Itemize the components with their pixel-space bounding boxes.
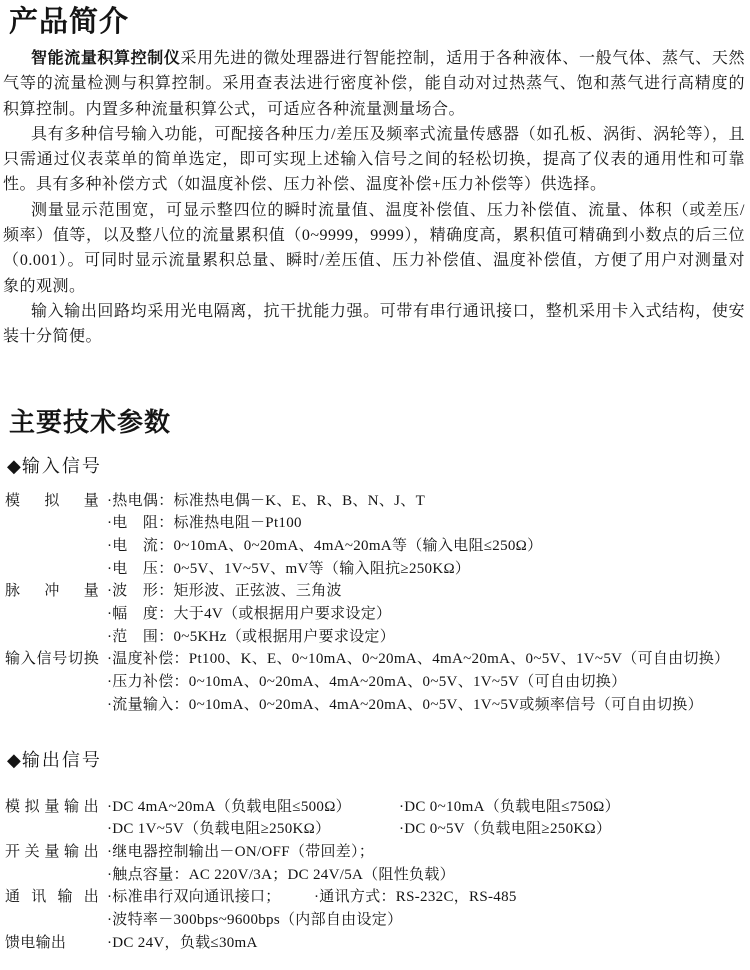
output-signal-subheading: ◆输出信号 <box>7 748 745 772</box>
spec-value-col2: ·通讯方式：RS-232C，RS-485 <box>314 886 517 909</box>
spec-value: ·电 压：0~5V、1V~5V、mV等（输入阻抗≥250KΩ） <box>107 558 470 581</box>
diamond-icon: ◆ <box>7 750 21 770</box>
spec-label-pulse: 脉冲量 <box>5 580 99 603</box>
spec-value: ·波 形：矩形波、正弦波、三角波 <box>107 580 342 603</box>
spec-row-analog-thermocouple: 模拟量 ·热电偶：标准热电偶－K、E、R、B、N、J、T <box>5 490 745 513</box>
product-name-bold: 智能流量积算控制仪 <box>31 50 180 67</box>
spec-label-analog-output: 模拟量输出 <box>5 796 99 819</box>
output-signal-spec-list: 模拟量输出 ·DC 4mA~20mA（负载电阻≤500Ω） ·DC 0~10mA… <box>3 796 745 955</box>
spec-label-power-feed: 馈电输出 <box>5 932 99 955</box>
spec-label-analog: 模拟量 <box>5 490 99 513</box>
spec-row-temp-compensation: 输入信号切换 ·温度补偿：Pt100、K、E、0~10mA、0~20mA、4mA… <box>5 648 745 671</box>
spec-row-voltage: ·电 压：0~5V、1V~5V、mV等（输入阻抗≥250KΩ） <box>5 558 745 581</box>
spec-row-power-feed: 馈电输出 ·DC 24V，负载≤30mA <box>5 932 745 955</box>
spec-row-contact-capacity: ·触点容量：AC 220V/3A；DC 24V/5A（阻性负载） <box>5 864 745 887</box>
spec-value: ·范 围：0~5KHz（或根据用户要求设定） <box>107 626 395 649</box>
spec-row-analog-out-2: ·DC 1V~5V（负载电阻≥250KΩ） ·DC 0~5V（负载电阻≥250K… <box>5 818 745 841</box>
spec-value: ·继电器控制输出－ON/OFF（带回差）； <box>107 841 374 864</box>
spec-row-pulse-waveform: 脉冲量 ·波 形：矩形波、正弦波、三角波 <box>5 580 745 603</box>
spec-row-comm-out: 通讯输出 ·标准串行双向通讯接口； ·通讯方式：RS-232C，RS-485 <box>5 886 745 909</box>
spec-label-signal-switch: 输入信号切换 <box>5 648 99 671</box>
intro-paragraph-4: 输入输出回路均采用光电隔离，抗干扰能力强。可带有串行通讯接口，整机采用卡入式结构… <box>3 299 745 350</box>
spec-value-col2: ·DC 0~10mA（负载电阻≤750Ω） <box>399 796 620 819</box>
spec-value: ·电 流：0~10mA、0~20mA、4mA~20mA等（输入电阻≤250Ω） <box>107 535 542 558</box>
spec-value-col1: ·DC 4mA~20mA（负载电阻≤500Ω） <box>107 796 399 819</box>
spec-value-col1: ·标准串行双向通讯接口； <box>107 886 314 909</box>
spec-value: ·触点容量：AC 220V/3A；DC 24V/5A（阻性负载） <box>107 864 455 887</box>
spec-row-range: ·范 围：0~5KHz（或根据用户要求设定） <box>5 626 745 649</box>
spec-value: ·压力补偿：0~10mA、0~20mA、4mA~20mA、0~5V、1V~5V（… <box>107 671 626 694</box>
output-signal-subheading-label: 输出信号 <box>22 750 102 770</box>
intro-paragraph-2: 具有多种信号输入功能，可配接各种压力/差压及频率式流量传感器（如孔板、涡街、涡轮… <box>3 122 745 198</box>
spec-value-col1: ·DC 1V~5V（负载电阻≥250KΩ） <box>107 818 399 841</box>
spec-value-col2: ·DC 0~5V（负载电阻≥250KΩ） <box>399 818 611 841</box>
spec-value: ·温度补偿：Pt100、K、E、0~10mA、0~20mA、4mA~20mA、0… <box>107 648 729 671</box>
spec-value: ·波特率－300bps~9600bps（内部自由设定） <box>107 909 402 932</box>
spec-row-relay-out: 开关量输出 ·继电器控制输出－ON/OFF（带回差）； <box>5 841 745 864</box>
spec-row-flow-input: ·流量输入：0~10mA、0~20mA、4mA~20mA、0~5V、1V~5V或… <box>5 694 745 717</box>
spec-value: ·DC 24V，负载≤30mA <box>107 932 258 955</box>
spec-label-switch-output: 开关量输出 <box>5 841 99 864</box>
spec-value: ·流量输入：0~10mA、0~20mA、4mA~20mA、0~5V、1V~5V或… <box>107 694 703 717</box>
spec-value: ·电 阻：标准热电阻－Pt100 <box>107 512 302 535</box>
intro-section-title: 产品简介 <box>9 6 745 38</box>
spec-label-comm-output: 通讯输出 <box>5 886 99 909</box>
intro-paragraph-1: 智能流量积算控制仪采用先进的微处理器进行智能控制，适用于各种液体、一般气体、蒸气… <box>3 46 745 122</box>
spec-row-current: ·电 流：0~10mA、0~20mA、4mA~20mA等（输入电阻≤250Ω） <box>5 535 745 558</box>
spec-row-resistance: ·电 阻：标准热电阻－Pt100 <box>5 512 745 535</box>
params-section-title: 主要技术参数 <box>9 407 745 437</box>
spec-row-analog-out-1: 模拟量输出 ·DC 4mA~20mA（负载电阻≤500Ω） ·DC 0~10mA… <box>5 796 745 819</box>
spec-row-pressure-compensation: ·压力补偿：0~10mA、0~20mA、4mA~20mA、0~5V、1V~5V（… <box>5 671 745 694</box>
spec-row-baud-rate: ·波特率－300bps~9600bps（内部自由设定） <box>5 909 745 932</box>
spec-value: ·热电偶：标准热电偶－K、E、R、B、N、J、T <box>107 490 425 513</box>
spec-row-amplitude: ·幅 度：大于4V（或根据用户要求设定） <box>5 603 745 626</box>
input-signal-subheading: ◆输入信号 <box>7 454 745 478</box>
diamond-icon: ◆ <box>7 456 21 476</box>
intro-paragraph-3: 测量显示范围宽，可显示整四位的瞬时流量值、温度补偿值、压力补偿值、流量、体积（或… <box>3 198 745 299</box>
document-page: 产品简介 智能流量积算控制仪采用先进的微处理器进行智能控制，适用于各种液体、一般… <box>0 0 750 970</box>
spec-value: ·幅 度：大于4V（或根据用户要求设定） <box>107 603 391 626</box>
input-signal-spec-list: 模拟量 ·热电偶：标准热电偶－K、E、R、B、N、J、T ·电 阻：标准热电阻－… <box>3 490 745 717</box>
input-signal-subheading-label: 输入信号 <box>22 456 102 476</box>
